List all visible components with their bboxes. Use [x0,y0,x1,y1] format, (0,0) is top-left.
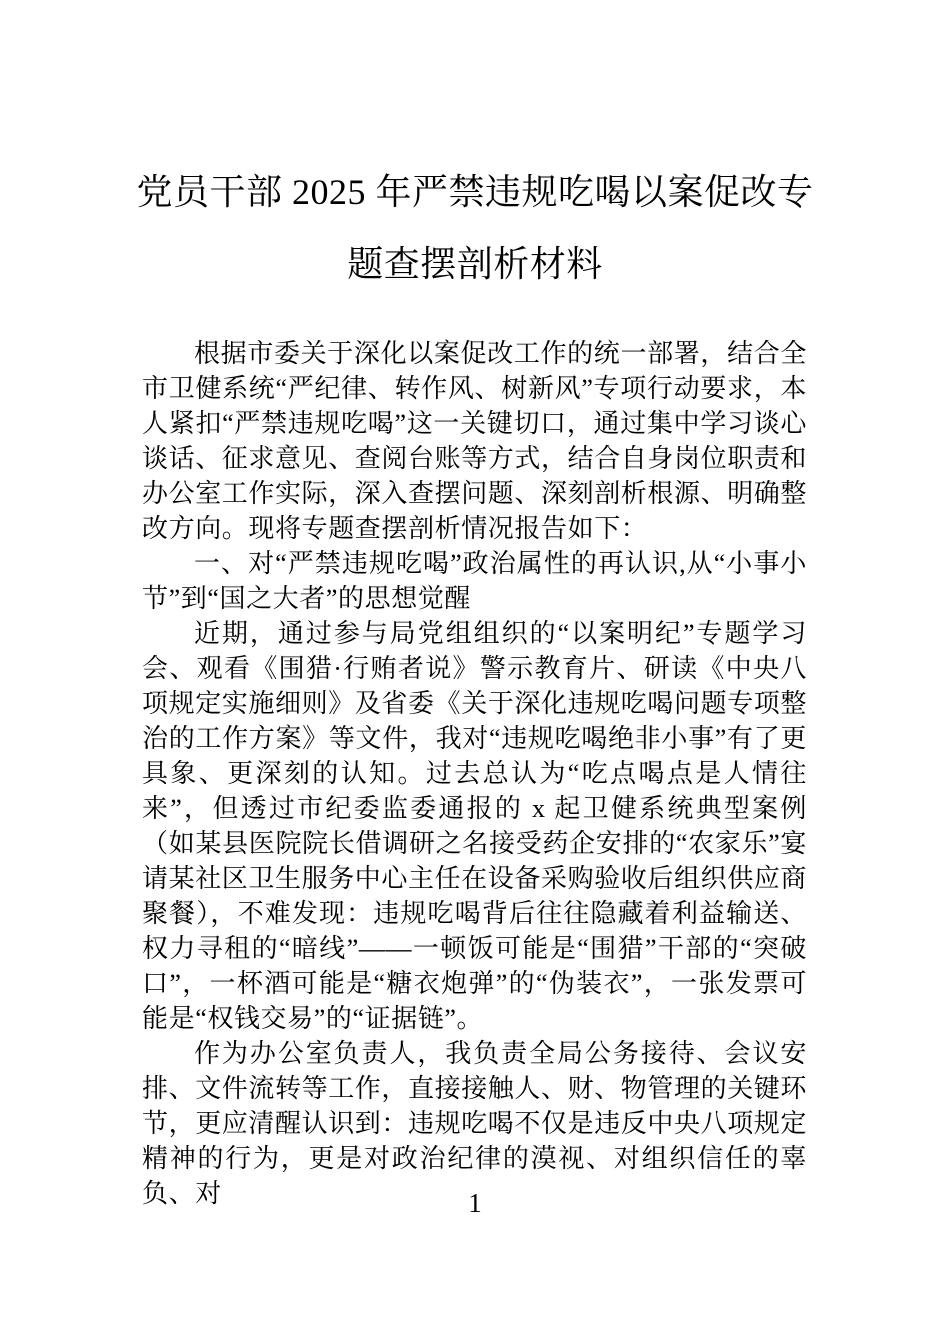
paragraph-office-role: 作为办公室负责人，我负责全局公务接待、会议安排、文件流转等工作，直接接触人、财、… [142,1036,807,1211]
document-title-line-2: 题查摆剖析材料 [0,228,950,300]
document-title-line-1: 党员干部 2025 年严禁违规吃喝以案促改专 [0,156,950,228]
section-heading-1: 一、对“严禁违规吃喝”政治属性的再认识,从“小事小节”到“国之大者”的思想觉醒 [142,546,807,616]
paragraph-intro: 根据市委关于深化以案促改工作的统一部署，结合全市卫健系统“严纪律、转作风、树新风… [142,336,807,546]
document-page: 党员干部 2025 年严禁违规吃喝以案促改专 题查摆剖析材料 根据市委关于深化以… [0,0,950,1344]
paragraph-case-study: 近期，通过参与局党组组织的“以案明纪”专题学习会、观看《围猎·行贿者说》警示教育… [142,616,807,1036]
document-title: 党员干部 2025 年严禁违规吃喝以案促改专 题查摆剖析材料 [0,0,950,300]
document-body: 根据市委关于深化以案促改工作的统一部署，结合全市卫健系统“严纪律、转作风、树新风… [142,336,807,1211]
page-number: 1 [0,1188,950,1219]
